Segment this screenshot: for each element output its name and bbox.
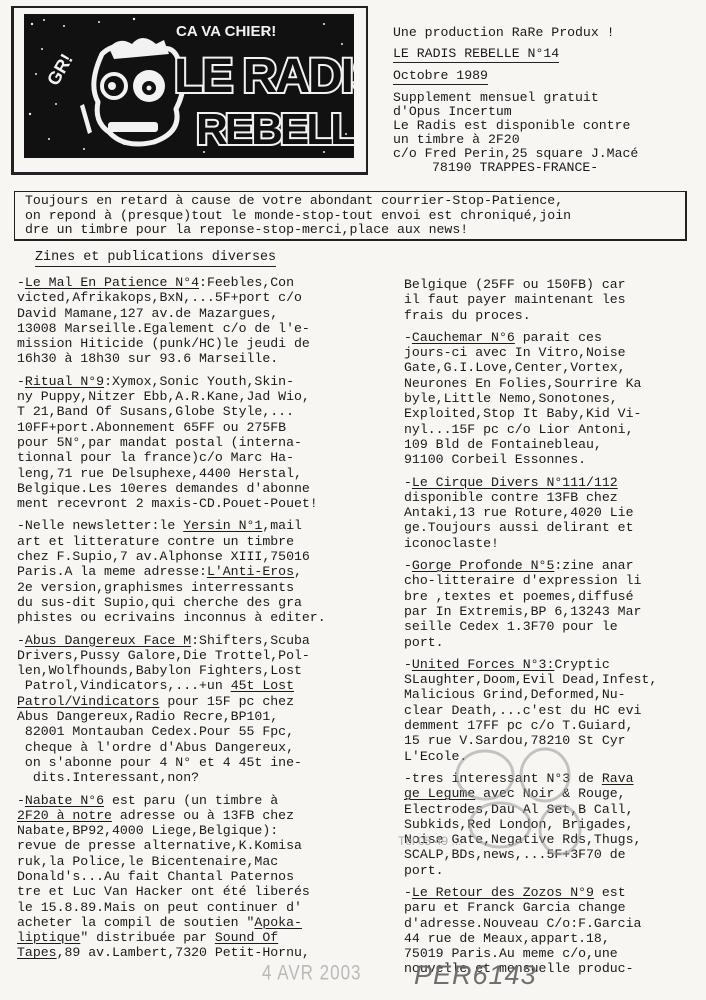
description-line: Le Radis est disponible contre: [393, 119, 703, 133]
right-column: Belgique (25FF ou 150FB) caril faut paye…: [404, 277, 704, 984]
entry-line: Nabate,BP92,4000 Liege,Belgique):: [17, 823, 377, 838]
entry-text: -: [404, 885, 412, 900]
entry-line: Abus Dangereux,Radio Recre,BP101,: [17, 709, 377, 724]
publication-title: Yersin N°1: [183, 518, 262, 533]
entry-text: 16h30 à 18h30 sur 93.6 Marseille.: [17, 351, 278, 366]
entry-text: mission Hiticide (punk/HC)le jeudi de: [17, 336, 310, 351]
entry-text: 10FF+port.Abonnement 65FF ou 275FB: [17, 420, 286, 435]
entry-line: Tapes,89 av.Lambert,7320 Petit-Hornu,: [17, 945, 377, 960]
entry-line: port.: [404, 635, 704, 650]
entry-text: art et litterature contre un timbre: [17, 534, 294, 549]
entry-text: ny Puppy,Nitzer Ebb,A.R.Kane,Jad Wio,: [17, 389, 310, 404]
entry-text: :Xymox,Sonic Youth,Skin-: [104, 374, 294, 389]
entry-text: bre ,textes et poemes,diffusé: [404, 589, 634, 604]
issue-number: LE RADIS REBELLE N°14: [393, 47, 559, 63]
entry-text: Exploited,Stop It Baby,Kid Vi-: [404, 406, 641, 421]
notice-line: dre un timbre pour la reponse-stop-merci…: [25, 223, 679, 238]
entry-text: -: [404, 657, 412, 672]
entry-text: Abus Dangereux,Radio Recre,BP101,: [17, 709, 278, 724]
publication-title: Nabate N°6: [25, 793, 104, 808]
entry-line: Electrodes,Dau Al Set,B Call,: [404, 802, 704, 817]
entry-line: 91100 Corbeil Essonnes.: [404, 452, 704, 467]
publication-title: ge Legume: [404, 786, 475, 801]
entry-line: mission Hiticide (punk/HC)le jeudi de: [17, 336, 377, 351]
svg-text:LE RADIS: LE RADIS: [174, 50, 354, 103]
entry-text: avec Noir & Rouge,: [475, 786, 625, 801]
entry-line: jours-ci avec In Vitro,Noise: [404, 345, 704, 360]
entry-line: iconoclaste!: [404, 536, 704, 551]
entry-line: Patrol,Vindicators,...+un 45t Lost: [17, 678, 377, 693]
zine-entry: -Gorge Profonde N°5:zine anarcho-littera…: [404, 558, 704, 650]
entry-text: pour 15F pc chez: [159, 694, 294, 709]
entry-line: 2F20 à notre adresse ou à 13FB chez: [17, 808, 377, 823]
entry-text: ge.Toujours aussi delirant et: [404, 520, 634, 535]
entry-line: Drivers,Pussy Galore,Die Trottel,Pol-: [17, 648, 377, 663]
entry-line: tre et Luc Van Hacker ont été liberés: [17, 884, 377, 899]
entry-line: d'adresse.Nouveau C/o:F.Garcia: [404, 916, 704, 931]
entry-text: -: [404, 330, 412, 345]
entry-text: ,mail: [262, 518, 302, 533]
entry-line: revue de presse alternative,K.Komisa: [17, 838, 377, 853]
entry-line: T 21,Band Of Susans,Globe Style,...: [17, 404, 377, 419]
entry-line: clear Death,...c'est du HC evi: [404, 703, 704, 718]
entry-line: 13008 Marseille.Egalement c/o de l'e-: [17, 321, 377, 336]
entry-text: 13008 Marseille.Egalement c/o de l'e-: [17, 321, 310, 336]
entry-text: ,89 av.Lambert,7320 Petit-Hornu,: [57, 945, 310, 960]
publication-title: Ritual N°9: [25, 374, 104, 389]
entry-text: Cryptic: [554, 657, 609, 672]
entry-text: -tres interessant N°3 de: [404, 771, 602, 786]
entry-line: Neurones En Folies,Sourrire Ka: [404, 376, 704, 391]
entry-text: Paris.A la meme adresse:: [17, 564, 207, 579]
entry-text: acheter la compil de soutien ": [17, 915, 254, 930]
call-number: PER6143: [414, 960, 537, 991]
publication-title: Gorge Profonde N°5: [412, 558, 554, 573]
entry-line: liptique" distribuée par Sound Of: [17, 930, 377, 945]
entry-line: Gate,G.I.Love,Center,Vortex,: [404, 360, 704, 375]
description-line: un timbre à 2F20: [393, 133, 703, 147]
entry-line: 16h30 à 18h30 sur 93.6 Marseille.: [17, 351, 377, 366]
entry-text: Drivers,Pussy Galore,Die Trottel,Pol-: [17, 648, 310, 663]
entry-line: nyl...15F pc c/o Lior Antoni,: [404, 422, 704, 437]
notice-box: Toujours en retard à cause de votre abon…: [14, 191, 687, 241]
entry-line: L'Ecole.: [404, 749, 704, 764]
entry-line: 82001 Montauban Cedex.Pour 55 Fpc,: [17, 724, 377, 739]
publication-title: 2F20 à notre: [17, 808, 112, 823]
entry-line: il faut payer maintenant les: [404, 292, 704, 307]
entry-line: acheter la compil de soutien "Apoka-: [17, 915, 377, 930]
entry-text: jours-ci avec In Vitro,Noise: [404, 345, 626, 360]
description-line: d'Opus Incertum: [393, 105, 703, 119]
entry-line: Donald's...Au fait Chantal Paternos: [17, 869, 377, 884]
entry-line: Patrol/Vindicators pour 15F pc chez: [17, 694, 377, 709]
entry-text: Belgique.Les 10eres demandes d'abonne: [17, 481, 310, 496]
entry-line: ge.Toujours aussi delirant et: [404, 520, 704, 535]
entry-line: 15 rue V.Sardou,78210 St Cyr: [404, 733, 704, 748]
entry-text: -: [17, 374, 25, 389]
description-line: Supplement mensuel gratuit: [393, 91, 703, 105]
publication-title: Rava: [602, 771, 634, 786]
entry-text: nyl...15F pc c/o Lior Antoni,: [404, 422, 634, 437]
entry-text: frais du proces.: [404, 308, 531, 323]
entry-text: -: [404, 558, 412, 573]
entry-line: len,Wolfhounds,Babylon Fighters,Lost: [17, 663, 377, 678]
entry-text: Subkids,Red London, Brigades,: [404, 817, 634, 832]
entry-line: leng,71 rue Delsuphexe,4400 Herstal,: [17, 466, 377, 481]
entry-line: ny Puppy,Nitzer Ebb,A.R.Kane,Jad Wio,: [17, 389, 377, 404]
entry-line: art et litterature contre un timbre: [17, 534, 377, 549]
entry-text: 109 Bld de Fontainebleau,: [404, 437, 602, 452]
entry-line: 2e version,graphismes interressants: [17, 580, 377, 595]
publication-title: United Forces N°3:: [412, 657, 554, 672]
entry-text: phistes ou ecrivains inconnus à editer.: [17, 610, 326, 625]
entry-text: revue de presse alternative,K.Komisa: [17, 838, 302, 853]
entry-text: ,: [294, 564, 302, 579]
zine-entry: -tres interessant N°3 de Ravage Legume a…: [404, 771, 704, 878]
entry-line: tionnal pour la france)c/o Marc Ha-: [17, 450, 377, 465]
entry-line: -Nabate N°6 est paru (un timbre à: [17, 793, 377, 808]
received-date-stamp: 4 AVR 2003: [262, 961, 361, 986]
entry-text: tre et Luc Van Hacker ont été liberés: [17, 884, 310, 899]
entry-text: est: [594, 885, 626, 900]
entry-text: Donald's...Au fait Chantal Paternos: [17, 869, 294, 884]
zine-entry: -Cauchemar N°6 parait cesjours-ci avec I…: [404, 330, 704, 468]
entry-text: Gate,G.I.Love,Center,Vortex,: [404, 360, 626, 375]
entry-text: L'Ecole.: [404, 749, 467, 764]
entry-line: victed,Afrikakops,BxN,...5F+port c/o: [17, 290, 377, 305]
publication-title: L'Anti-Eros: [207, 564, 294, 579]
entry-text: 91100 Corbeil Essonnes.: [404, 452, 586, 467]
entry-text: 15 rue V.Sardou,78210 St Cyr: [404, 733, 626, 748]
left-column: -Le Mal En Patience N°4:Feebles,Convicte…: [17, 275, 377, 968]
publication-title: Le Retour des Zozos N°9: [412, 885, 594, 900]
entry-line: du sus-dit Supio,qui cherche des gra: [17, 595, 377, 610]
entry-line: SLaughter,Doom,Evil Dead,Infest,: [404, 672, 704, 687]
entry-line: -Abus Dangereux Face M:Shifters,Scuba: [17, 633, 377, 648]
address-city: 78190 TRAPPES-FRANCE-: [393, 161, 703, 175]
entry-line: paru et Franck Garcia change: [404, 900, 704, 915]
entry-line: cheque à l'ordre d'Abus Dangereux,: [17, 740, 377, 755]
zine-entry: -Le Mal En Patience N°4:Feebles,Convicte…: [17, 275, 377, 367]
entry-text: adresse ou à 13FB chez: [112, 808, 294, 823]
entry-line: byle,Little Nemo,Sonotones,: [404, 391, 704, 406]
entry-text: -: [17, 275, 25, 290]
entry-text: 2e version,graphismes interressants: [17, 580, 294, 595]
issue-date: Octobre 1989: [393, 69, 488, 85]
entry-text: port.: [404, 635, 444, 650]
entry-text: SLaughter,Doom,Evil Dead,Infest,: [404, 672, 657, 687]
entry-text: le 15.8.89.Mais on peut continuer d': [17, 900, 302, 915]
entry-text: " distribuée par: [80, 930, 215, 945]
entry-line: -Ritual N°9:Xymox,Sonic Youth,Skin-: [17, 374, 377, 389]
zine-entry: -United Forces N°3:CrypticSLaughter,Doom…: [404, 657, 704, 764]
entry-text: -: [17, 633, 25, 648]
entry-text: ment recevront 2 maxis-CD.Pouet-Pouet!: [17, 496, 318, 511]
entry-line: -United Forces N°3:Cryptic: [404, 657, 704, 672]
entry-line: Malicious Grind,Deformed,Nu-: [404, 687, 704, 702]
entry-text: :zine anar: [554, 558, 633, 573]
entry-text: dits.Interessant,non?: [17, 770, 199, 785]
entry-line: par In Extremis,BP 6,13243 Mar: [404, 604, 704, 619]
entry-line: -Nelle newsletter:le Yersin N°1,mail: [17, 518, 377, 533]
zine-entry: -Ritual N°9:Xymox,Sonic Youth,Skin-ny Pu…: [17, 374, 377, 512]
entry-text: demment 17FF pc c/o T.Guiard,: [404, 718, 634, 733]
entry-text: du sus-dit Supio,qui cherche des gra: [17, 595, 302, 610]
entry-text: byle,Little Nemo,Sonotones,: [404, 391, 618, 406]
publication-title: Le Cirque Divers N°111/112: [412, 475, 618, 490]
entry-text: disponible contre 13FB chez: [404, 490, 618, 505]
entry-line: Belgique (25FF ou 150FB) car: [404, 277, 704, 292]
entry-text: Electrodes,Dau Al Set,B Call,: [404, 802, 634, 817]
entry-line: -tres interessant N°3 de Rava: [404, 771, 704, 786]
entry-line: -Le Retour des Zozos N°9 est: [404, 885, 704, 900]
entry-line: dits.Interessant,non?: [17, 770, 377, 785]
svg-text:CA VA CHIER!: CA VA CHIER!: [176, 23, 276, 40]
entry-text: 75019 Paris.Au meme c/o,une: [404, 946, 618, 961]
entry-line: David Mamane,127 av.de Mazargues,: [17, 306, 377, 321]
entry-line: 44 rue de Meaux,appart.18,: [404, 931, 704, 946]
notice-line: on repond à (presque)tout le monde-stop-…: [25, 209, 679, 224]
entry-text: pour 5N°,par mandat postal (interna-: [17, 435, 302, 450]
entry-text: :Feebles,Con: [199, 275, 294, 290]
entry-text: Antaki,13 rue Roture,4020 Lie: [404, 505, 634, 520]
entry-text: -: [404, 475, 412, 490]
entry-line: -Gorge Profonde N°5:zine anar: [404, 558, 704, 573]
entry-text: paru et Franck Garcia change: [404, 900, 626, 915]
entry-line: -Cauchemar N°6 parait ces: [404, 330, 704, 345]
entry-text: SCALP,BDs,news,...5F+3F70 de: [404, 847, 626, 862]
entry-text: len,Wolfhounds,Babylon Fighters,Lost: [17, 663, 302, 678]
entry-line: Antaki,13 rue Roture,4020 Lie: [404, 505, 704, 520]
entry-line: SCALP,BDs,news,...5F+3F70 de: [404, 847, 704, 862]
entry-line: Paris.A la meme adresse:L'Anti-Eros,: [17, 564, 377, 579]
publication-title: Tapes: [17, 945, 57, 960]
svg-text:REBELLE: REBELLE: [196, 105, 354, 154]
zine-entry: -Abus Dangereux Face M:Shifters,ScubaDri…: [17, 633, 377, 786]
entry-text: il faut payer maintenant les: [404, 292, 626, 307]
entry-text: David Mamane,127 av.de Mazargues,: [17, 306, 278, 321]
entry-line: ment recevront 2 maxis-CD.Pouet-Pouet!: [17, 496, 377, 511]
entry-text: d'adresse.Nouveau C/o:F.Garcia: [404, 916, 641, 931]
entry-line: chez F.Supio,7 av.Alphonse XIII,75016: [17, 549, 377, 564]
entry-text: Nabate,BP92,4000 Liege,Belgique):: [17, 823, 278, 838]
entry-text: 82001 Montauban Cedex.Pour 55 Fpc,: [17, 724, 294, 739]
entry-text: iconoclaste!: [404, 536, 499, 551]
entry-line: seille Cedex 1.3F70 pour le: [404, 619, 704, 634]
zine-page: CA VA CHIER! GR! LE RADIS: [0, 0, 706, 1000]
entry-line: frais du proces.: [404, 308, 704, 323]
notice-line: Toujours en retard à cause de votre abon…: [25, 194, 679, 209]
entry-text: tionnal pour la france)c/o Marc Ha-: [17, 450, 294, 465]
publication-title: 45t Lost: [231, 678, 294, 693]
production-credit: Une production RaRe Produx !: [393, 26, 703, 40]
entry-line: ge Legume avec Noir & Rouge,: [404, 786, 704, 801]
entry-text: leng,71 rue Delsuphexe,4400 Herstal,: [17, 466, 302, 481]
entry-line: port.: [404, 863, 704, 878]
entry-text: on s'abonne pour 4 N° et 4 45t ine-: [17, 755, 302, 770]
section-title: Zines et publications diverses: [35, 251, 276, 267]
entry-line: le 15.8.89.Mais on peut continuer d': [17, 900, 377, 915]
entry-text: port.: [404, 863, 444, 878]
entry-text: ruk,la Police,le Bicentenaire,Mac: [17, 854, 278, 869]
entry-line: 10FF+port.Abonnement 65FF ou 275FB: [17, 420, 377, 435]
entry-line: demment 17FF pc c/o T.Guiard,: [404, 718, 704, 733]
publication-title: Le Mal En Patience N°4: [25, 275, 199, 290]
entry-text: parait ces: [515, 330, 602, 345]
entry-line: phistes ou ecrivains inconnus à editer.: [17, 610, 377, 625]
entry-text: Neurones En Folies,Sourrire Ka: [404, 376, 641, 391]
entry-line: pour 5N°,par mandat postal (interna-: [17, 435, 377, 450]
entry-text: seille Cedex 1.3F70 pour le: [404, 619, 618, 634]
entry-line: Exploited,Stop It Baby,Kid Vi-: [404, 406, 704, 421]
entry-line: on s'abonne pour 4 N° et 4 45t ine-: [17, 755, 377, 770]
cartoon-face-icon: CA VA CHIER! GR! LE RADIS: [24, 14, 354, 158]
publication-title: Abus Dangereux Face M: [25, 633, 191, 648]
entry-line: ruk,la Police,le Bicentenaire,Mac: [17, 854, 377, 869]
entry-line: 109 Bld de Fontainebleau,: [404, 437, 704, 452]
entry-text: -Nelle newsletter:le: [17, 518, 183, 533]
entry-text: cheque à l'ordre d'Abus Dangereux,: [17, 740, 294, 755]
description-line: c/o Fred Perin,25 square J.Macé: [393, 147, 703, 161]
zine-entry: Belgique (25FF ou 150FB) caril faut paye…: [404, 277, 704, 323]
entry-text: chez F.Supio,7 av.Alphonse XIII,75016: [17, 549, 310, 564]
entry-text: Patrol,Vindicators,...+un: [17, 678, 231, 693]
masthead-logo-frame: CA VA CHIER! GR! LE RADIS: [11, 6, 368, 175]
publication-title: liptique: [17, 930, 80, 945]
entry-text: 44 rue de Meaux,appart.18,: [404, 931, 610, 946]
zine-entry: -Nabate N°6 est paru (un timbre à2F20 à …: [17, 793, 377, 961]
masthead-info: Une production RaRe Produx ! LE RADIS RE…: [393, 26, 703, 175]
entry-text: -: [17, 793, 25, 808]
entry-text: :Shifters,Scuba: [191, 633, 310, 648]
entry-line: cho-litteraire d'expression li: [404, 573, 704, 588]
entry-text: cho-litteraire d'expression li: [404, 573, 641, 588]
entry-line: Belgique.Les 10eres demandes d'abonne: [17, 481, 377, 496]
masthead-logo: CA VA CHIER! GR! LE RADIS: [24, 14, 354, 158]
entry-text: T 21,Band Of Susans,Globe Style,...: [17, 404, 294, 419]
library-stamp-phone: Tél 05 49 ...: [398, 834, 461, 848]
entry-text: Malicious Grind,Deformed,Nu-: [404, 687, 626, 702]
zine-entry: -Nelle newsletter:le Yersin N°1,mailart …: [17, 518, 377, 625]
entry-line: Subkids,Red London, Brigades,: [404, 817, 704, 832]
entry-text: par In Extremis,BP 6,13243 Mar: [404, 604, 641, 619]
publication-title: Cauchemar N°6: [412, 330, 515, 345]
zine-entry: -Le Cirque Divers N°111/112disponible co…: [404, 475, 704, 551]
entry-text: clear Death,...c'est du HC evi: [404, 703, 641, 718]
entry-line: -Le Cirque Divers N°111/112: [404, 475, 704, 490]
publication-title: Sound Of: [215, 930, 278, 945]
entry-line: bre ,textes et poemes,diffusé: [404, 589, 704, 604]
publication-title: Patrol/Vindicators: [17, 694, 159, 709]
entry-text: victed,Afrikakops,BxN,...5F+port c/o: [17, 290, 302, 305]
entry-text: Belgique (25FF ou 150FB) car: [404, 277, 626, 292]
entry-line: disponible contre 13FB chez: [404, 490, 704, 505]
entry-text: est paru (un timbre à: [104, 793, 278, 808]
entry-line: -Le Mal En Patience N°4:Feebles,Con: [17, 275, 377, 290]
publication-title: Apoka-: [254, 915, 301, 930]
